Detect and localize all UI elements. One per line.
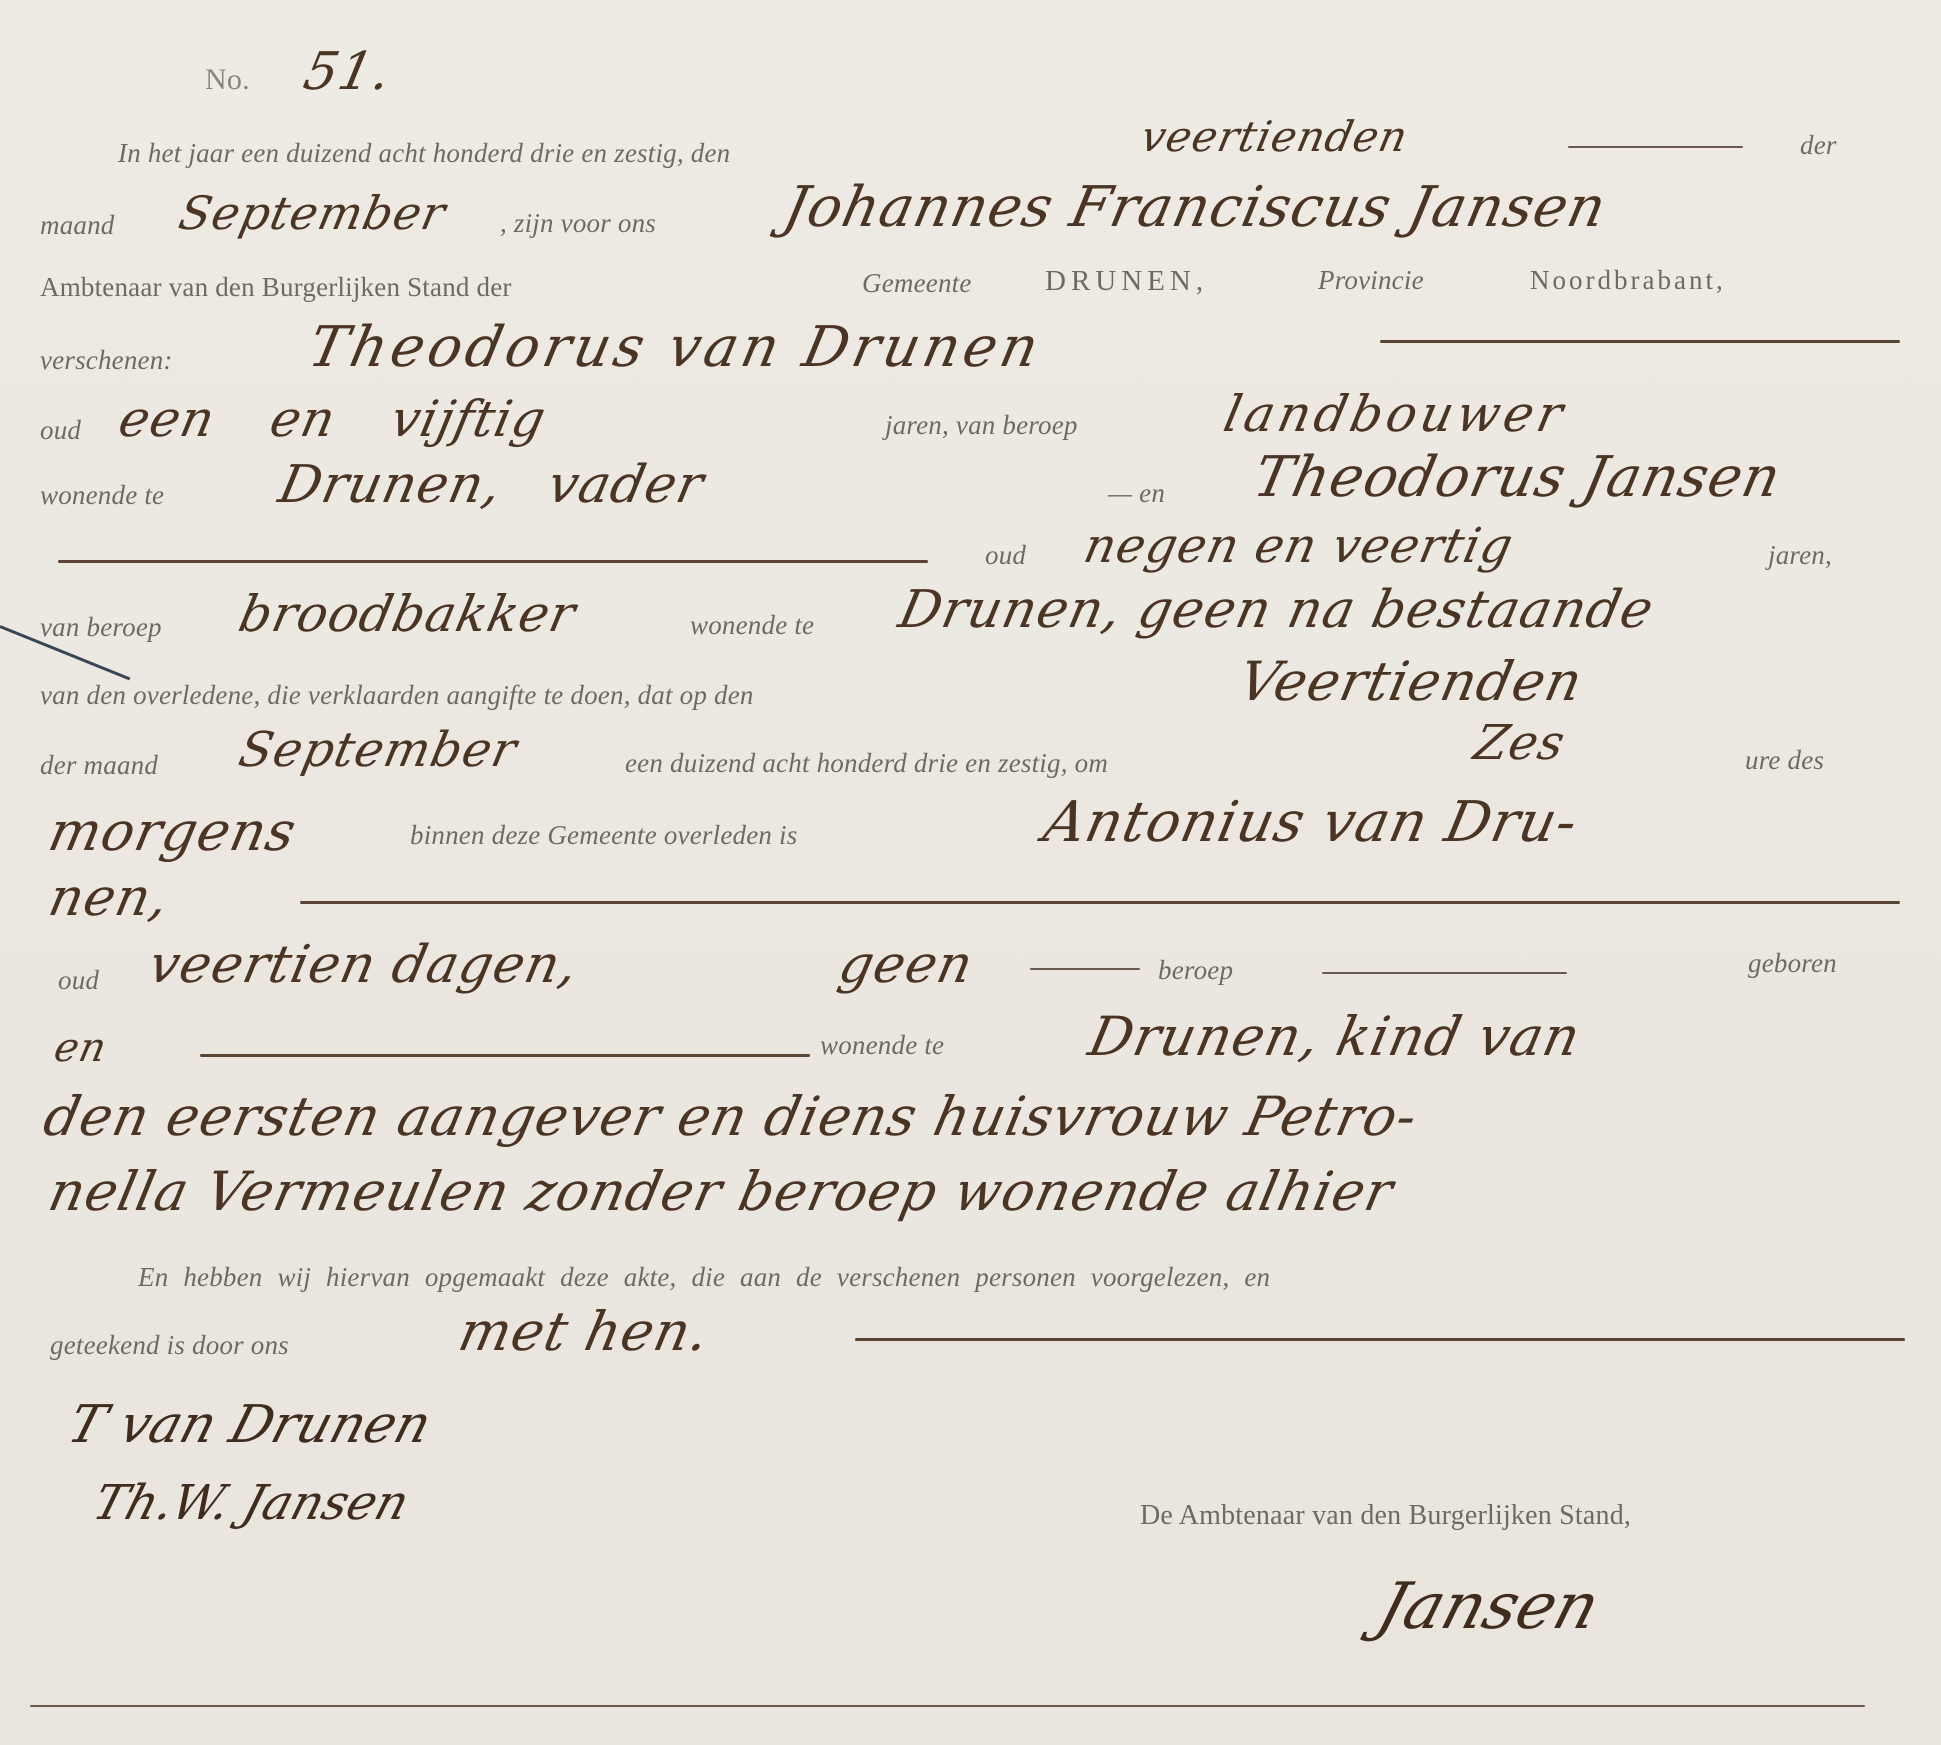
hw-death-month: September bbox=[234, 722, 522, 778]
hw-month: September bbox=[174, 186, 451, 240]
blank-line bbox=[1030, 968, 1140, 970]
hw-declarant1-name: Theodorus van Drunen bbox=[303, 315, 1048, 380]
hw-day: veertienden bbox=[1137, 112, 1413, 161]
hw-parents-line-2: nella Vermeulen zonder beroep wonende al… bbox=[43, 1160, 1399, 1223]
hw-declarant2-age: negen en veertig bbox=[1079, 518, 1518, 574]
printed-wonende-te: wonende te bbox=[40, 480, 164, 511]
hw-born-prefix: en bbox=[50, 1025, 111, 1071]
printed-maand: maand bbox=[40, 210, 115, 241]
blank-line bbox=[855, 1338, 1905, 1341]
hw-time-of-day: morgens bbox=[43, 800, 302, 863]
blank-line bbox=[1322, 972, 1567, 974]
printed-oud-3: oud bbox=[58, 965, 99, 996]
civil-death-record-page: No. 51. In het jaar een duizend acht hon… bbox=[0, 0, 1941, 1745]
printed-ure-des: ure des bbox=[1745, 745, 1824, 776]
printed-beroep: beroep bbox=[1158, 955, 1233, 986]
printed-van-beroep-2: van beroep bbox=[40, 612, 162, 643]
hw-parents-line-1: den eersten aangever en diens huisvrouw … bbox=[38, 1085, 1423, 1148]
blank-line bbox=[1568, 146, 1743, 148]
printed-official-label: De Ambtenaar van den Burgerlijken Stand, bbox=[1140, 1500, 1631, 1532]
printed-oud-2: oud bbox=[985, 540, 1026, 571]
printed-town: DRUNEN, bbox=[1045, 265, 1208, 298]
hw-declarant2-residence: Drunen, geen na bestaande bbox=[894, 580, 1660, 640]
printed-geboren: geboren bbox=[1748, 948, 1837, 979]
signature-declarant-2: Th.W. Jansen bbox=[87, 1475, 415, 1531]
printed-line-1: In het jaar een duizend acht honderd dri… bbox=[118, 138, 730, 169]
hw-deceased-age: veertien dagen, bbox=[144, 935, 584, 995]
bottom-rule bbox=[30, 1705, 1865, 1707]
blank-line bbox=[1380, 340, 1900, 343]
hw-deceased-name-1: Antonius van Dru- bbox=[1038, 790, 1584, 855]
record-number-label: No. bbox=[205, 63, 250, 97]
record-number: 51. bbox=[299, 42, 397, 102]
printed-region: Noordbrabant, bbox=[1530, 265, 1726, 296]
hw-death-hour: Zes bbox=[1469, 715, 1570, 771]
hw-death-day: Veertienden bbox=[1233, 650, 1588, 713]
printed-gemeente: Gemeente bbox=[862, 268, 972, 299]
printed-closing-2: geteekend is door ons bbox=[50, 1330, 289, 1361]
printed-verschenen: verschenen: bbox=[40, 345, 173, 376]
hw-deceased-occupation: geen bbox=[834, 935, 979, 995]
printed-overleden-is: binnen deze Gemeente overleden is bbox=[410, 820, 797, 851]
hw-deceased-name-2: nen, bbox=[44, 868, 175, 928]
printed-wonende-te-3: wonende te bbox=[820, 1030, 944, 1061]
hw-declarant1-residence: Drunen, vader bbox=[274, 455, 710, 515]
printed-van-beroep: jaren, van beroep bbox=[885, 410, 1078, 441]
signature-declarant-1: T van Drunen bbox=[61, 1395, 438, 1455]
printed-en: — en bbox=[1108, 478, 1165, 509]
blank-line bbox=[58, 560, 928, 563]
hw-deceased-residence: Drunen, kind van bbox=[1083, 1005, 1586, 1068]
printed-jaren: jaren, bbox=[1768, 540, 1832, 571]
printed-der: der bbox=[1800, 130, 1837, 161]
printed-zijn-voor-ons: , zijn voor ons bbox=[500, 208, 656, 239]
printed-ambtenaar: Ambtenaar van den Burgerlijken Stand der bbox=[40, 272, 512, 303]
printed-provincie: Provincie bbox=[1318, 265, 1424, 296]
printed-year: een duizend acht honderd drie en zestig,… bbox=[625, 748, 1108, 779]
hw-declarant2-occupation: broodbakker bbox=[234, 585, 581, 643]
blank-line bbox=[300, 901, 1900, 904]
printed-van-den-overledene: van den overledene, die verklaarden aang… bbox=[40, 680, 754, 711]
printed-der-maand: der maand bbox=[40, 750, 158, 781]
printed-closing-1: En hebben wij hiervan opgemaakt deze akt… bbox=[138, 1262, 1270, 1293]
blank-line bbox=[200, 1054, 810, 1057]
hw-signed-with: met hen. bbox=[453, 1300, 715, 1363]
hw-declarant1-occupation: landbouwer bbox=[1219, 385, 1572, 443]
printed-wonende-te-2: wonende te bbox=[690, 610, 814, 641]
signature-official: Jansen bbox=[1369, 1570, 1607, 1644]
printed-oud: oud bbox=[40, 415, 81, 446]
hw-declarant1-age: een en vijftig bbox=[114, 390, 552, 448]
hw-declarant2-name: Theodorus Jansen bbox=[1248, 445, 1787, 510]
hw-official-name: Johannes Franciscus Jansen bbox=[778, 175, 1612, 240]
